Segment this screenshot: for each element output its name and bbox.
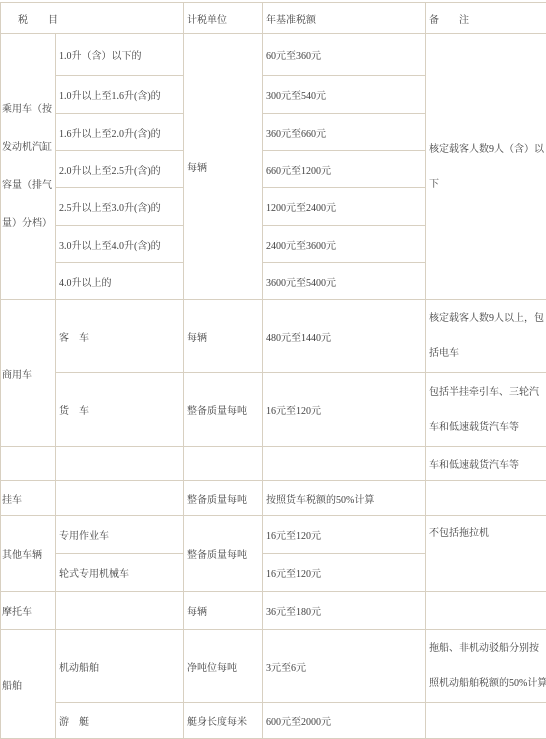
empty-cell	[1, 447, 56, 481]
tier-tax: 60元至360元	[263, 34, 426, 76]
wheeled-machinery-tax: 16元至120元	[263, 554, 426, 592]
tier-tax: 360元至660元	[263, 114, 426, 151]
tier-label: 1.0升以上至1.6升(含)的	[56, 76, 184, 114]
passenger-car-unit: 每辆	[184, 34, 263, 300]
empty-cell	[426, 703, 546, 739]
table-row: 其他车辆 专用作业车 整备质量每吨 16元至120元 不包括拖拉机	[1, 516, 546, 554]
header-row: 税 目 计税单位 年基准税额 备 注	[1, 3, 546, 34]
overflow-remark: 车和低速载货汽车等	[426, 447, 546, 481]
special-work-vehicle-tax: 16元至120元	[263, 516, 426, 554]
table-row: 船舶 机动船舶 净吨位每吨 3元至6元 拖船、非机动驳船分别按 照机动船舶税额的…	[1, 630, 546, 703]
tier-label: 1.0升（含）以下的	[56, 34, 184, 76]
bus-label: 客 车	[56, 300, 184, 373]
empty-cell	[56, 481, 184, 516]
trailer-tax: 按照货车税额的50%计算	[263, 481, 426, 516]
tier-label: 1.6升以上至2.0升(含)的	[56, 114, 184, 151]
special-work-vehicle-label: 专用作业车	[56, 516, 184, 554]
tier-label: 2.5升以上至3.0升(含)的	[56, 188, 184, 226]
header-remark: 备 注	[426, 3, 546, 34]
table-row: 乘用车（按 发动机汽缸 容量（排气 量）分档） 1.0升（含）以下的 每辆 60…	[1, 34, 546, 76]
motorcycle-tax: 36元至180元	[263, 592, 426, 630]
empty-cell	[184, 447, 263, 481]
motor-vessel-tax: 3元至6元	[263, 630, 426, 703]
empty-cell	[426, 481, 546, 516]
truck-label: 货 车	[56, 373, 184, 447]
table-row: 挂车 整备质量每吨 按照货车税额的50%计算	[1, 481, 546, 516]
bus-tax: 480元至1440元	[263, 300, 426, 373]
table-row: 货 车 整备质量每吨 16元至120元 包括半挂牵引车、三轮汽 车和低速载货汽车…	[1, 373, 546, 447]
empty-cell	[263, 447, 426, 481]
tier-label: 3.0升以上至4.0升(含)的	[56, 226, 184, 263]
tier-label: 2.0升以上至2.5升(含)的	[56, 151, 184, 188]
other-vehicles-category: 其他车辆	[1, 516, 56, 592]
vehicle-vessel-tax-table: 税 目 计税单位 年基准税额 备 注 乘用车（按 发动机汽缸 容量（排气 量）分…	[0, 2, 546, 739]
empty-cell	[56, 592, 184, 630]
table-row: 游 艇 艇身长度每米 600元至2000元	[1, 703, 546, 739]
truck-tax: 16元至120元	[263, 373, 426, 447]
motorcycle-category: 摩托车	[1, 592, 56, 630]
bus-unit: 每辆	[184, 300, 263, 373]
passenger-car-category: 乘用车（按 发动机汽缸 容量（排气 量）分档）	[1, 34, 56, 300]
other-vehicles-unit: 整备质量每吨	[184, 516, 263, 592]
passenger-car-remark: 核定载客人数9人（含）以 下	[426, 34, 546, 300]
header-tax-unit: 计税单位	[184, 3, 263, 34]
motor-vessel-label: 机动船舶	[56, 630, 184, 703]
wheeled-machinery-label: 轮式专用机械车	[56, 554, 184, 592]
empty-cell	[56, 447, 184, 481]
table-row: 商用车 客 车 每辆 480元至1440元 核定载客人数9人以上，包 括电车	[1, 300, 546, 373]
commercial-vehicle-category: 商用车	[1, 300, 56, 447]
motor-vessel-unit: 净吨位每吨	[184, 630, 263, 703]
motor-vessel-remark: 拖船、非机动驳船分别按 照机动船舶税额的50%计算	[426, 630, 546, 703]
tier-tax: 3600元至5400元	[263, 263, 426, 300]
tier-tax: 660元至1200元	[263, 151, 426, 188]
table-row: 摩托车 每辆 36元至180元	[1, 592, 546, 630]
truck-unit: 整备质量每吨	[184, 373, 263, 447]
tier-tax: 2400元至3600元	[263, 226, 426, 263]
truck-remark: 包括半挂牵引车、三轮汽 车和低速载货汽车等	[426, 373, 546, 447]
empty-cell	[426, 592, 546, 630]
yacht-label: 游 艇	[56, 703, 184, 739]
header-tax-item: 税 目	[1, 3, 184, 34]
tier-tax: 1200元至2400元	[263, 188, 426, 226]
header-annual-base-tax: 年基准税额	[263, 3, 426, 34]
motorcycle-unit: 每辆	[184, 592, 263, 630]
bus-remark: 核定载客人数9人以上，包 括电车	[426, 300, 546, 373]
other-vehicles-remark: 不包括拖拉机	[426, 516, 546, 592]
vessel-category: 船舶	[1, 630, 56, 739]
trailer-unit: 整备质量每吨	[184, 481, 263, 516]
yacht-unit: 艇身长度每米	[184, 703, 263, 739]
tier-tax: 300元至540元	[263, 76, 426, 114]
trailer-category: 挂车	[1, 481, 56, 516]
table-row: 车和低速载货汽车等	[1, 447, 546, 481]
yacht-tax: 600元至2000元	[263, 703, 426, 739]
tier-label: 4.0升以上的	[56, 263, 184, 300]
